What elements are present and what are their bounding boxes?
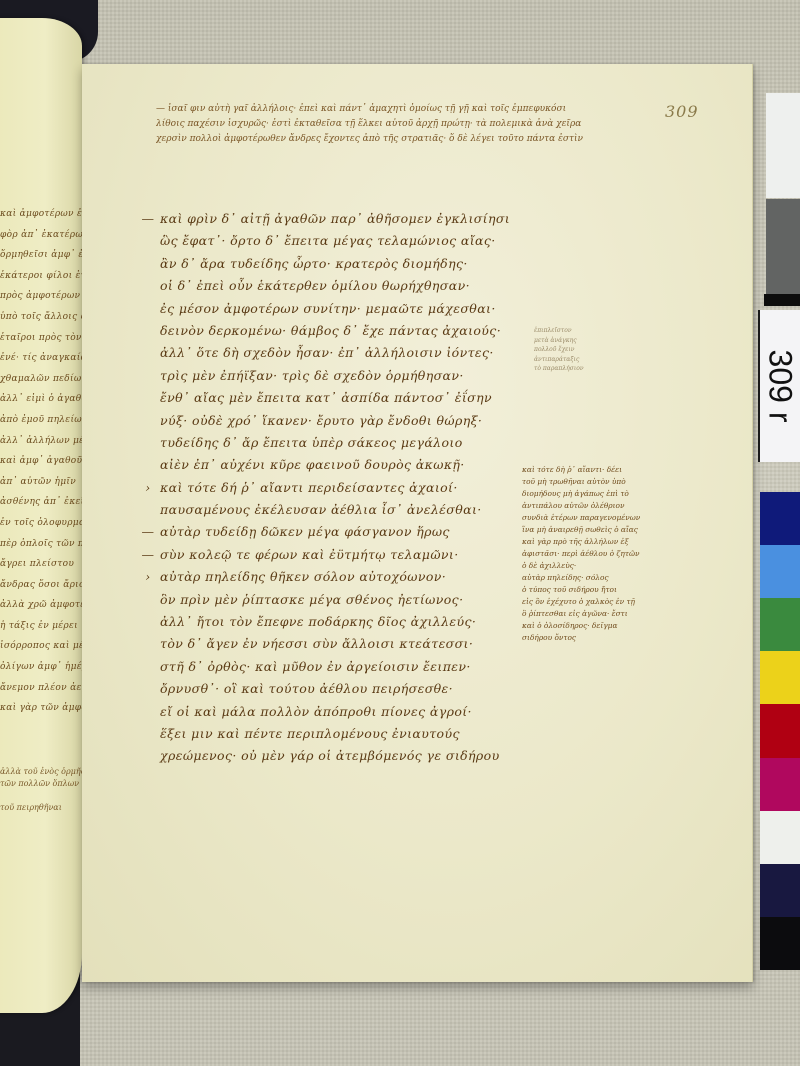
verso-line: ἐν τοῖς ὀλοφυρμοῖς xyxy=(0,513,82,534)
scholia-line: τοῦ μὴ τρωθῆναι αὐτὸν ὑπὸ xyxy=(522,476,672,488)
line-marker: — xyxy=(140,521,156,543)
gloss-line: ἀντιπαράταξις xyxy=(534,355,604,365)
swatch-black xyxy=(760,917,800,970)
verso-line: καὶ γὰρ τῶν ἀμφοτέρων xyxy=(0,698,82,719)
scholia-line: ἀφιστᾶσι· περὶ ἀέθλου ὁ ζητῶν xyxy=(522,548,672,560)
text-line: εἴ οἱ καὶ μάλα πολλὸν ἀπόπροθι πίονες ἀγ… xyxy=(160,701,590,723)
interlinear-gloss: ἐπιπλεῖστονμετὰ ἀνάγκηςπολλοῦ ἔχεινἀντιπ… xyxy=(534,326,604,374)
text-line: —καὶ φρὶν δ᾽ αἰτῇ ἀγαθῶν παρ᾽ ἀθῆσομεν ἐ… xyxy=(160,208,590,230)
scholia-line: συνδιὰ ἑτέρων παραγενομένων xyxy=(522,512,672,524)
text-line: στῆ δ᾽ ὀρθὸς· καὶ μῦθον ἐν ἀργείοισιν ἔε… xyxy=(160,656,590,678)
swatch-yellow xyxy=(760,651,800,704)
line-marker: — xyxy=(140,208,156,230)
line-text: ἀλλ᾽ ὅτε δὴ σχεδὸν ἦσαν· ἐπ᾽ ἀλλήλοισιν … xyxy=(160,345,494,360)
scholia-line: καὶ τότε δὴ ῥ᾽ αἴαντι· δέει xyxy=(522,464,672,476)
line-text: καὶ τότε δή ῥ᾽ αἴαντι περιδείσαντες ἀχαι… xyxy=(160,480,458,495)
white-patch xyxy=(766,93,800,198)
line-text: αἰὲν ἐπ᾽ αὐχένι κῦρε φαεινοῦ δουρὸς ἀκωκ… xyxy=(160,457,465,472)
line-text: ἀλλ᾽ ἤτοι τὸν ἔπεφνε ποδάρκης δῖος ἀχιλλ… xyxy=(160,614,476,629)
verso-line: ἄνδρας ὅσοι ἄριστοι xyxy=(0,575,82,596)
verso-line: πὲρ ὁπλοῖς τῶν πρόσ xyxy=(0,534,82,555)
verso-line: τῶν πολλῶν ὅπλων xyxy=(0,778,82,790)
verso-line: ἰσόρροπος καὶ μέρος xyxy=(0,636,82,657)
scholia-right-margin: καὶ τότε δὴ ῥ᾽ αἴαντι· δέειτοῦ μὴ τρωθῆν… xyxy=(522,464,672,644)
scholia-line: — ἰσαῖ φιν αὐτὴ γαῖ ἀλλήλοις· ἐπεὶ καὶ π… xyxy=(156,102,656,117)
text-line: ὣς ἔφατ᾽· ὄρτο δ᾽ ἔπειτα μέγας τελαμώνιο… xyxy=(160,230,590,252)
verso-line: ἄνεμον πλέον ἀεί xyxy=(0,678,82,699)
scholia-line: ἀντιπάλου αὐτῶν ὀλέθριον xyxy=(522,500,672,512)
swatch-red xyxy=(760,704,800,757)
gloss-line: ἐπιπλεῖστον xyxy=(534,326,604,336)
color-calibration-strip xyxy=(760,492,800,970)
gray-patch xyxy=(766,199,800,294)
scholia-line: σιδήρου ὄντος xyxy=(522,632,672,644)
verso-line: ἡ τάξις ἐν μέρει xyxy=(0,616,82,637)
scholia-line: καὶ γὰρ πρὸ τῆς ἀλλήλων ἐξ xyxy=(522,536,672,548)
swatch-dark-blue xyxy=(760,492,800,545)
line-text: ὃν πρὶν μὲν ῥίπτασκε μέγα σθένος ἠετίωνο… xyxy=(160,592,463,607)
scholia-line: αὐτὰρ πηλείδης· σόλος xyxy=(522,572,672,584)
scholia-line: ὃ ῥίπτεσθαι εἰς ἀγῶνα· ἔστι xyxy=(522,608,672,620)
verso-line: ἀπὸ ἐμοῦ πηλείων xyxy=(0,410,82,431)
gloss-line: πολλοῦ ἔχειν xyxy=(534,345,604,355)
line-text: οἱ δ᾽ ἐπεὶ οὖν ἑκάτερθεν ὁμίλου θωρήχθησ… xyxy=(160,278,470,293)
line-text: αὐτὰρ πηλείδης θῆκεν σόλον αὐτοχόωνον· xyxy=(160,569,446,584)
line-text: τυδείδης δ᾽ ἄρ ἔπειτα ὑπὲρ σάκεος μεγάλο… xyxy=(160,435,463,450)
line-text: δεινὸν δερκομένω· θάμβος δ᾽ ἔχε πάντας ἀ… xyxy=(160,323,501,338)
folio-label-text: 309 r xyxy=(762,350,799,423)
text-line: χρεώμενος· οὐ μὲν γάρ οἱ ἀτεμβόμενός γε … xyxy=(160,745,590,767)
scholia-line: ὁ δὲ ἀχιλλεὺς· xyxy=(522,560,672,572)
scholia-line: καὶ ὁ ὀλοσίδηρος· δεῖγμα xyxy=(522,620,672,632)
scholia-line: λίθοις παχέσιν ἰσχυρῶς· ἐστὶ ἐκταθεῖσα τ… xyxy=(156,117,656,132)
verso-line: ὑπὸ τοῖς ἄλλοις φιλίοις xyxy=(0,307,82,328)
verso-line: ἄγρει πλείστου xyxy=(0,554,82,575)
line-text: εἴ οἱ καὶ μάλα πολλὸν ἀπόπροθι πίονες ἀγ… xyxy=(160,704,472,719)
verso-line: τοῦ πειρηθῆναι xyxy=(0,802,82,814)
line-text: παυσαμένους ἐκέλευσαν ἀέθλια ἶσ᾽ ἀνελέσθ… xyxy=(160,502,482,517)
gloss-line: τὸ παραπλήσιον xyxy=(534,364,604,374)
text-line: τυδείδης δ᾽ ἄρ ἔπειτα ὑπὲρ σάκεος μεγάλο… xyxy=(160,432,590,454)
swatch-magenta xyxy=(760,758,800,811)
line-text: τὸν δ᾽ ἄγεν ἐν νήεσσι σὺν ἄλλοισι κτεάτε… xyxy=(160,636,473,651)
verso-line: καὶ ἀμφοτέρων ἐκάλυψεν xyxy=(0,204,82,225)
swatch-green xyxy=(760,598,800,651)
verso-line: ἀλλὰ τοῦ ἐνὸς ὁρμῆς xyxy=(0,766,82,778)
scholia-line: ἵνα μὴ ἀναιρεθῇ σωθεὶς ὁ αἴας xyxy=(522,524,672,536)
text-line: οἱ δ᾽ ἐπεὶ οὖν ἑκάτερθεν ὁμίλου θωρήχθησ… xyxy=(160,275,590,297)
gloss-line: μετὰ ἀνάγκης xyxy=(534,336,604,346)
folio-label: 309 r xyxy=(758,310,800,462)
verso-foot-text: ἀλλὰ τοῦ ἐνὸς ὁρμῆςτῶν πολλῶν ὅπλων τοῦ … xyxy=(0,766,82,814)
verso-line: ὀλίγων ἀμφ᾽ ἡμέρᾳ xyxy=(0,657,82,678)
line-text: ὄρνυσθ᾽· οἳ καὶ τούτου ἀέθλου πειρήσεσθε… xyxy=(160,681,453,696)
line-text: σὺν κολεῷ τε φέρων καὶ ἐϋτμήτῳ τελαμῶνι· xyxy=(160,547,459,562)
text-line: ἕξει μιν καὶ πέντε περιπλομένους ἐνιαυτο… xyxy=(160,723,590,745)
line-marker: › xyxy=(140,477,156,499)
verso-line: ἀλλὰ χρῶ ἀμφοτέρως xyxy=(0,595,82,616)
text-line: ἀλλ᾽ ὅτε δὴ σχεδὸν ἦσαν· ἐπ᾽ ἀλλήλοισιν … xyxy=(160,342,590,364)
scholia-line: εἰς ὃν ἐχέχυτο ὁ χαλκὸς ἐν τῇ xyxy=(522,596,672,608)
line-marker: › xyxy=(140,566,156,588)
line-text: τρὶς μὲν ἐπήϊξαν· τρὶς δὲ σχεδὸν ὁρμήθησ… xyxy=(160,368,464,383)
folio-number: 309 xyxy=(665,102,699,121)
line-text: ἂν δ᾽ ἄρα τυδείδης ὦρτο· κρατερὸς διομήδ… xyxy=(160,256,468,271)
line-text: ἐς μέσον ἀμφοτέρων συνίτην· μεμαῶτε μάχε… xyxy=(160,301,496,316)
text-line: τρὶς μὲν ἐπήϊξαν· τρὶς δὲ σχεδὸν ὁρμήθησ… xyxy=(160,365,590,387)
black-patch xyxy=(764,294,800,306)
verso-page: καὶ ἀμφοτέρων ἐκάλυψενφὸρ ἀπ᾽ ἑκατέρων ἐ… xyxy=(0,18,82,1013)
line-text: χρεώμενος· οὐ μὲν γάρ οἱ ἀτεμβόμενός γε … xyxy=(160,748,500,763)
verso-line: πρὸς ἀμφοτέρων xyxy=(0,286,82,307)
scholia-line: διομήδους μὴ ἀγάπως ἐπὶ τὸ xyxy=(522,488,672,500)
verso-line: ἀσθένης ἀπ᾽ ἐκεῖνων xyxy=(0,492,82,513)
text-line: ὄρνυσθ᾽· οἳ καὶ τούτου ἀέθλου πειρήσεσθε… xyxy=(160,678,590,700)
text-line: ἐς μέσον ἀμφοτέρων συνίτην· μεμαῶτε μάχε… xyxy=(160,298,590,320)
verso-line: καὶ ἀμφ᾽ ἀγαθοῦ ἀμ xyxy=(0,451,82,472)
verso-line: φὸρ ἀπ᾽ ἑκατέρων ἐκ xyxy=(0,225,82,246)
scholia-line: ὁ τύπος τοῦ σιδήρου ἤτοι xyxy=(522,584,672,596)
verso-margin-text: καὶ ἀμφοτέρων ἐκάλυψενφὸρ ἀπ᾽ ἑκατέρων ἐ… xyxy=(0,204,82,719)
text-line: ἂν δ᾽ ἄρα τυδείδης ὦρτο· κρατερὸς διομήδ… xyxy=(160,253,590,275)
swatch-white xyxy=(760,811,800,864)
verso-line: ἑταῖροι πρὸς τὸν ἐπ᾽ xyxy=(0,328,82,349)
line-text: νύξ· οὐδὲ χρό᾽ ἵκανεν· ἔρυτο γὰρ ἔνδοθι … xyxy=(160,413,482,428)
verso-line: ἀλλ᾽ ἀλλήλων μέρος xyxy=(0,431,82,452)
line-text: ἔνθ᾽ αἴας μὲν ἔπειτα κατ᾽ ἀσπίδα πάντοσ᾽… xyxy=(160,390,492,405)
scholia-top: — ἰσαῖ φιν αὐτὴ γαῖ ἀλλήλοις· ἐπεὶ καὶ π… xyxy=(156,102,656,147)
text-line: δεινὸν δερκομένω· θάμβος δ᾽ ἔχε πάντας ἀ… xyxy=(160,320,590,342)
line-marker: — xyxy=(140,544,156,566)
line-text: ὣς ἔφατ᾽· ὄρτο δ᾽ ἔπειτα μέγας τελαμώνιο… xyxy=(160,233,496,248)
verso-line: ἑκάτεροι φίλοι ἑτέρων xyxy=(0,266,82,287)
verso-line: χθαμαλῶν πεδίων xyxy=(0,369,82,390)
line-text: καὶ φρὶν δ᾽ αἰτῇ ἀγαθῶν παρ᾽ ἀθῆσομεν ἐγ… xyxy=(160,211,510,226)
text-line: νύξ· οὐδὲ χρό᾽ ἵκανεν· ἔρυτο γὰρ ἔνδοθι … xyxy=(160,410,590,432)
recto-page: 309 — ἰσαῖ φιν αὐτὴ γαῖ ἀλλήλοις· ἐπεὶ κ… xyxy=(82,64,753,982)
text-line: ἔνθ᾽ αἴας μὲν ἔπειτα κατ᾽ ἀσπίδα πάντοσ᾽… xyxy=(160,387,590,409)
swatch-navy xyxy=(760,864,800,917)
verso-line: ἀπ᾽ αὐτῶν ἡμῖν xyxy=(0,472,82,493)
verso-line xyxy=(0,790,82,802)
verso-line: ἐνέ· τίς ἀναγκαίως xyxy=(0,348,82,369)
line-text: στῆ δ᾽ ὀρθὸς· καὶ μῦθον ἐν ἀργείοισιν ἔε… xyxy=(160,659,471,674)
line-text: αὐτὰρ τυδείδῃ δῶκεν μέγα φάσγανον ἥρως xyxy=(160,524,450,539)
line-text: ἕξει μιν καὶ πέντε περιπλομένους ἐνιαυτο… xyxy=(160,726,460,741)
swatch-light-blue xyxy=(760,545,800,598)
verso-line: ὅρμηθεῖσι ἀμφ᾽ ἐπὶ xyxy=(0,245,82,266)
scholia-line: χερσὶν πολλοὶ ἀμφοτέρωθεν ἄνδρες ἔχοντες… xyxy=(156,132,656,147)
verso-line: ἀλλ᾽ εἰμὶ ὁ ἀγαθός xyxy=(0,389,82,410)
